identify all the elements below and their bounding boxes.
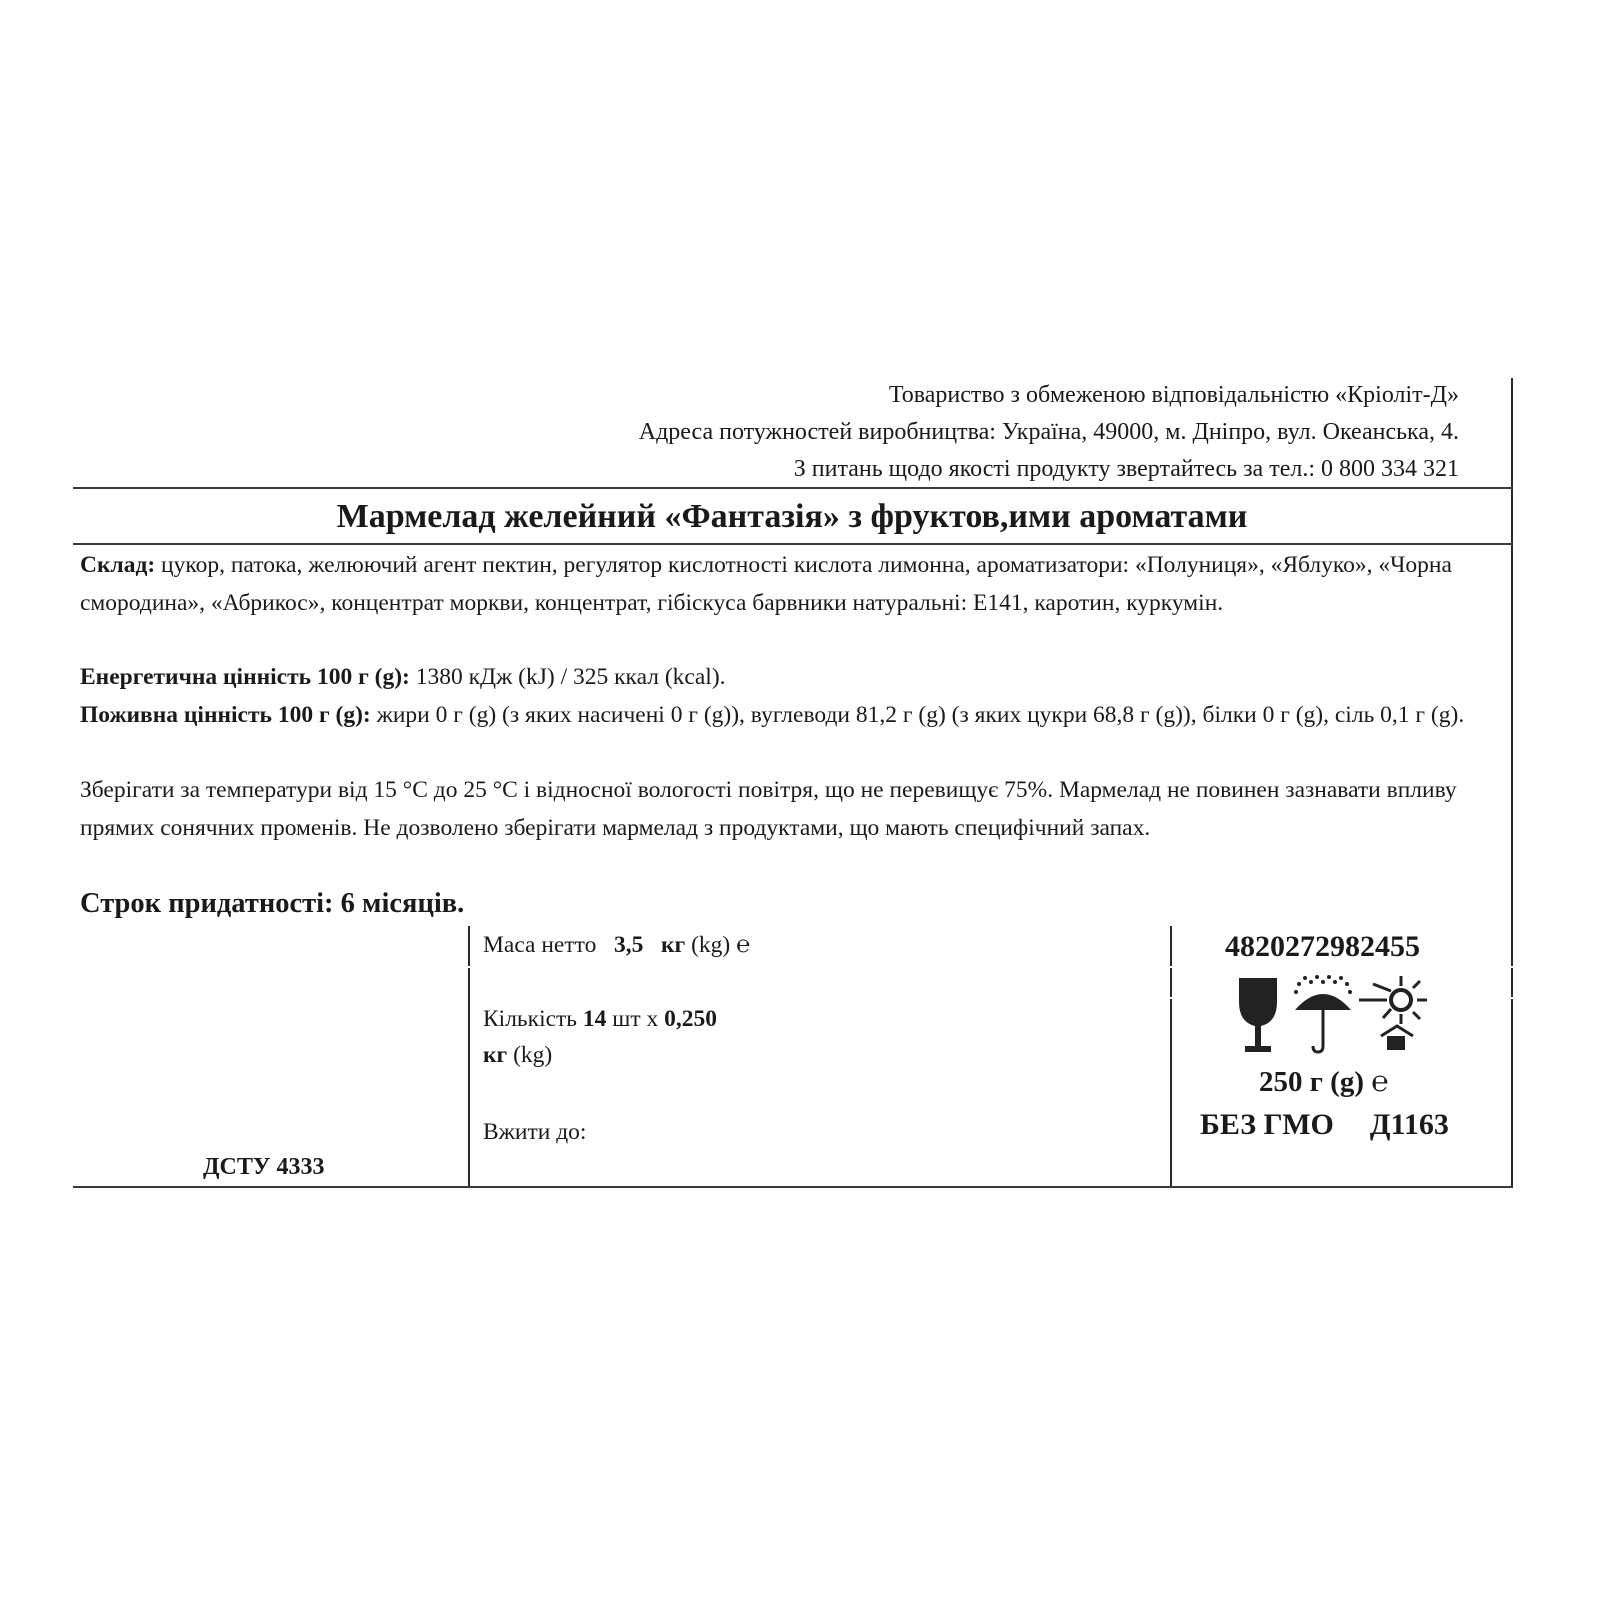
net-mass-value: 3,5 (614, 932, 643, 958)
quantity-each: 0,250 (664, 1006, 717, 1032)
energy-label: Енергетична цінність 100 г (g): (80, 664, 410, 690)
energy-value: Енергетична цінність 100 г (g): 1380 кДж… (80, 659, 1505, 697)
gmo-and-code: БЕЗ ГМОД1163 (1200, 1108, 1449, 1142)
keep-dry-umbrella-icon (1294, 975, 1352, 1052)
nutrition-label: Поживна цінність 100 г (g): (80, 702, 371, 728)
barcode-number: 4820272982455 (1225, 930, 1420, 964)
manufacturer-company: Товариство з обмеженою відповідальністю … (889, 382, 1459, 409)
net-mass-unit-en: (kg) ℮ (691, 932, 750, 958)
nutrition-value: Поживна цінність 100 г (g): жири 0 г (g)… (80, 697, 1505, 735)
energy-text: 1380 кДж (kJ) / 325 ккал (kcal). (410, 664, 726, 690)
net-mass-label: Маса нетто (483, 932, 596, 958)
net-mass: Маса нетто 3,5 кг (kg) ℮ (483, 932, 750, 959)
nutrition-text: жири 0 г (g) (з яких насичені 0 г (g)), … (371, 702, 1464, 728)
best-before-label: Вжити до: (483, 1119, 586, 1146)
label-bottom-section: ДСТУ 4333 Маса нетто 3,5 кг (kg) ℮ Кільк… (73, 926, 1513, 1188)
manufacturer-hotline: З питань щодо якості продукту звертайтес… (794, 456, 1459, 483)
fragile-glass-icon (1239, 978, 1277, 1052)
gmo-free-badge: БЕЗ ГМО (1200, 1108, 1334, 1141)
product-code: Д1163 (1370, 1108, 1449, 1141)
divider-bottom (73, 1186, 1513, 1188)
divider-title (73, 543, 1513, 545)
unit-weight: 250 г (g) ℮ (1259, 1066, 1389, 1099)
unit-weight-value: 250 г (g) (1259, 1066, 1364, 1098)
quantity-unit: кг (kg) (483, 1042, 552, 1069)
standard-code: ДСТУ 4333 (203, 1154, 324, 1181)
composition-label: Склад: (80, 552, 155, 578)
composition-text: цукор, патока, желюючий агент пектин, ре… (80, 552, 1452, 616)
composition: Склад: цукор, патока, желюючий агент пек… (80, 547, 1505, 622)
quantity-count-unit: шт х (612, 1006, 658, 1032)
manufacturer-address: Адреса потужностей виробництва: Україна,… (639, 419, 1459, 446)
shelf-life: Строк придатності: 6 місяців. (80, 888, 464, 920)
product-title: Мармелад желейний «Фантазія» з фруктов,и… (73, 498, 1511, 536)
package-icons (1233, 972, 1433, 1056)
quantity-count: 14 (583, 1006, 607, 1032)
quantity: Кількість 14 шт х 0,250 (483, 1006, 717, 1033)
net-mass-unit: кг (661, 932, 685, 958)
quantity-label: Кількість (483, 1006, 577, 1032)
keep-away-from-sun-icon (1359, 976, 1427, 1050)
divider-header (73, 487, 1513, 489)
estimated-sign: ℮ (1371, 1066, 1388, 1098)
product-label: Товариство з обмеженою відповідальністю … (73, 378, 1513, 1188)
storage-conditions: Зберігати за температури від 15 °С до 25… (80, 772, 1505, 847)
